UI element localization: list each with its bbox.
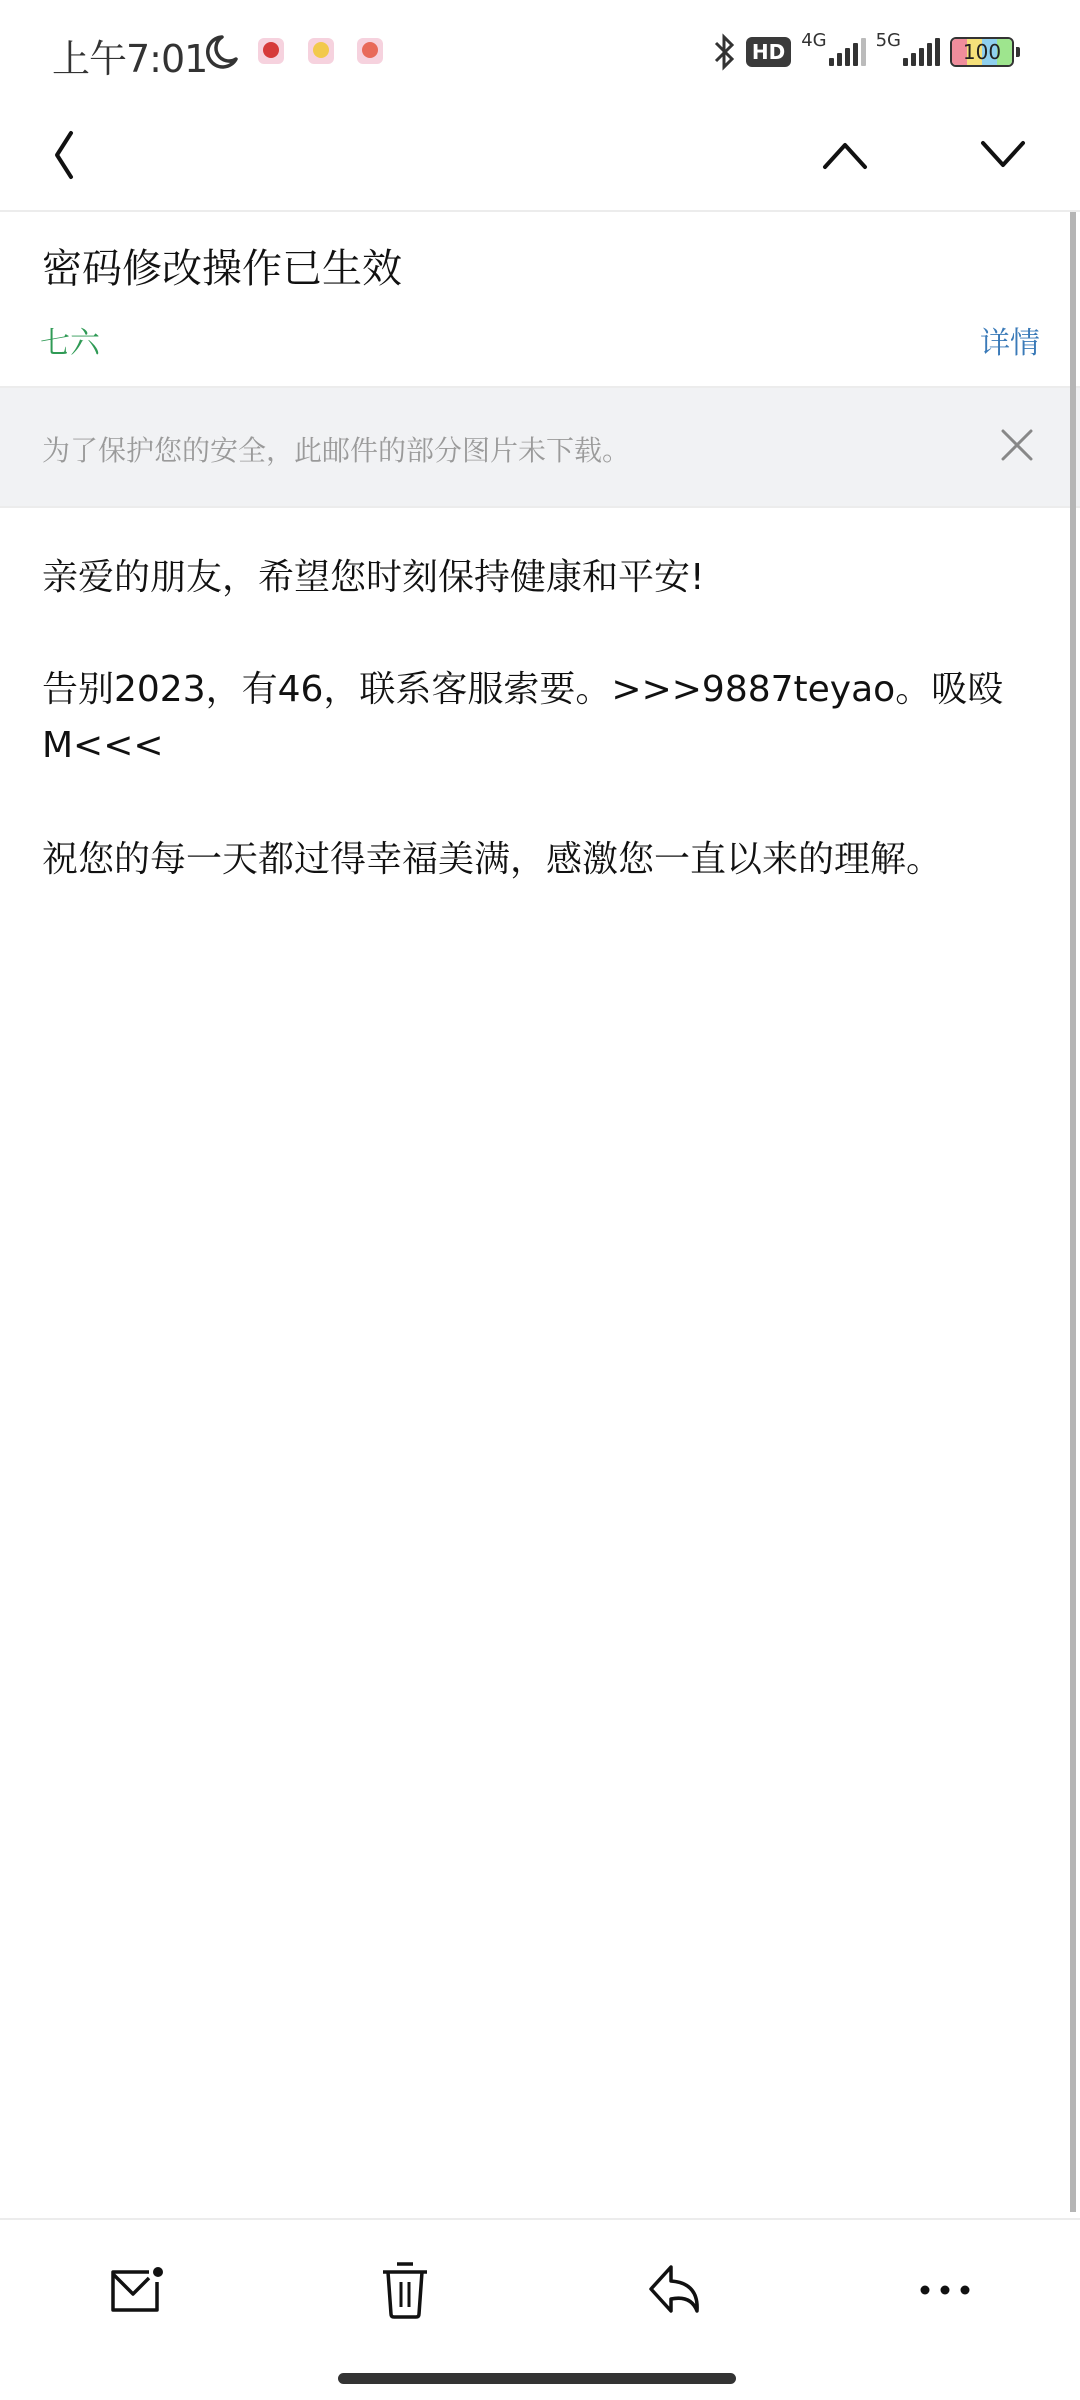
signal-5g-icon xyxy=(903,38,940,66)
next-email-button[interactable] xyxy=(968,120,1038,190)
network-4g-label: 4G xyxy=(801,30,826,51)
hd-voice-icon: HD xyxy=(746,37,791,67)
more-button[interactable] xyxy=(900,2250,990,2330)
status-right: HD 4G 5G 100 xyxy=(712,30,1020,74)
more-icon xyxy=(917,2282,973,2298)
battery-level: 100 xyxy=(952,39,1012,65)
chevron-up-icon xyxy=(820,135,870,175)
chevron-down-icon xyxy=(978,135,1028,175)
mark-unread-button[interactable] xyxy=(90,2250,180,2330)
top-nav-bar xyxy=(0,100,1080,212)
banner-close-button[interactable] xyxy=(992,420,1042,470)
trash-icon xyxy=(379,2260,431,2320)
reply-button[interactable] xyxy=(630,2250,720,2330)
battery-icon: 100 xyxy=(950,37,1014,67)
battery-tip xyxy=(1016,47,1020,57)
mail-unread-icon xyxy=(105,2264,165,2316)
app-notification-icon xyxy=(357,38,383,64)
reply-icon xyxy=(645,2263,705,2317)
body-paragraph: 亲爱的朋友，希望您时刻保持健康和平安! xyxy=(42,550,1022,606)
bottom-action-bar xyxy=(0,2218,1080,2360)
bluetooth-icon xyxy=(712,33,736,71)
details-link[interactable]: 详情 xyxy=(980,318,1040,362)
app-notification-icon xyxy=(308,38,334,64)
status-bar: 上午7:01 HD 4G 5G 100 xyxy=(0,0,1080,100)
signal-4g-icon xyxy=(829,38,866,66)
home-indicator[interactable] xyxy=(338,2373,736,2384)
body-paragraph: 告别2023，有46，联系客服索要。>>>9887teyao。吸殴M<<< xyxy=(42,662,1022,774)
images-blocked-banner: 为了保护您的安全，此邮件的部分图片未下载。 xyxy=(0,386,1080,508)
status-time: 上午7:01 xyxy=(52,28,207,83)
back-button[interactable] xyxy=(28,120,98,190)
previous-email-button[interactable] xyxy=(810,120,880,190)
email-subject: 密码修改操作已生效 xyxy=(42,237,402,294)
scrollbar[interactable] xyxy=(1070,212,1076,2212)
banner-text: 为了保护您的安全，此邮件的部分图片未下载。 xyxy=(42,429,630,469)
email-sender[interactable]: 七六 xyxy=(40,318,100,362)
app-notification-icon xyxy=(258,38,284,64)
back-icon xyxy=(43,125,83,185)
delete-button[interactable] xyxy=(360,2250,450,2330)
network-5g-label: 5G xyxy=(876,30,901,51)
body-paragraph: 祝您的每一天都过得幸福美满，感激您一直以来的理解。 xyxy=(42,832,1022,888)
moon-icon xyxy=(200,32,240,72)
close-icon xyxy=(999,427,1035,463)
